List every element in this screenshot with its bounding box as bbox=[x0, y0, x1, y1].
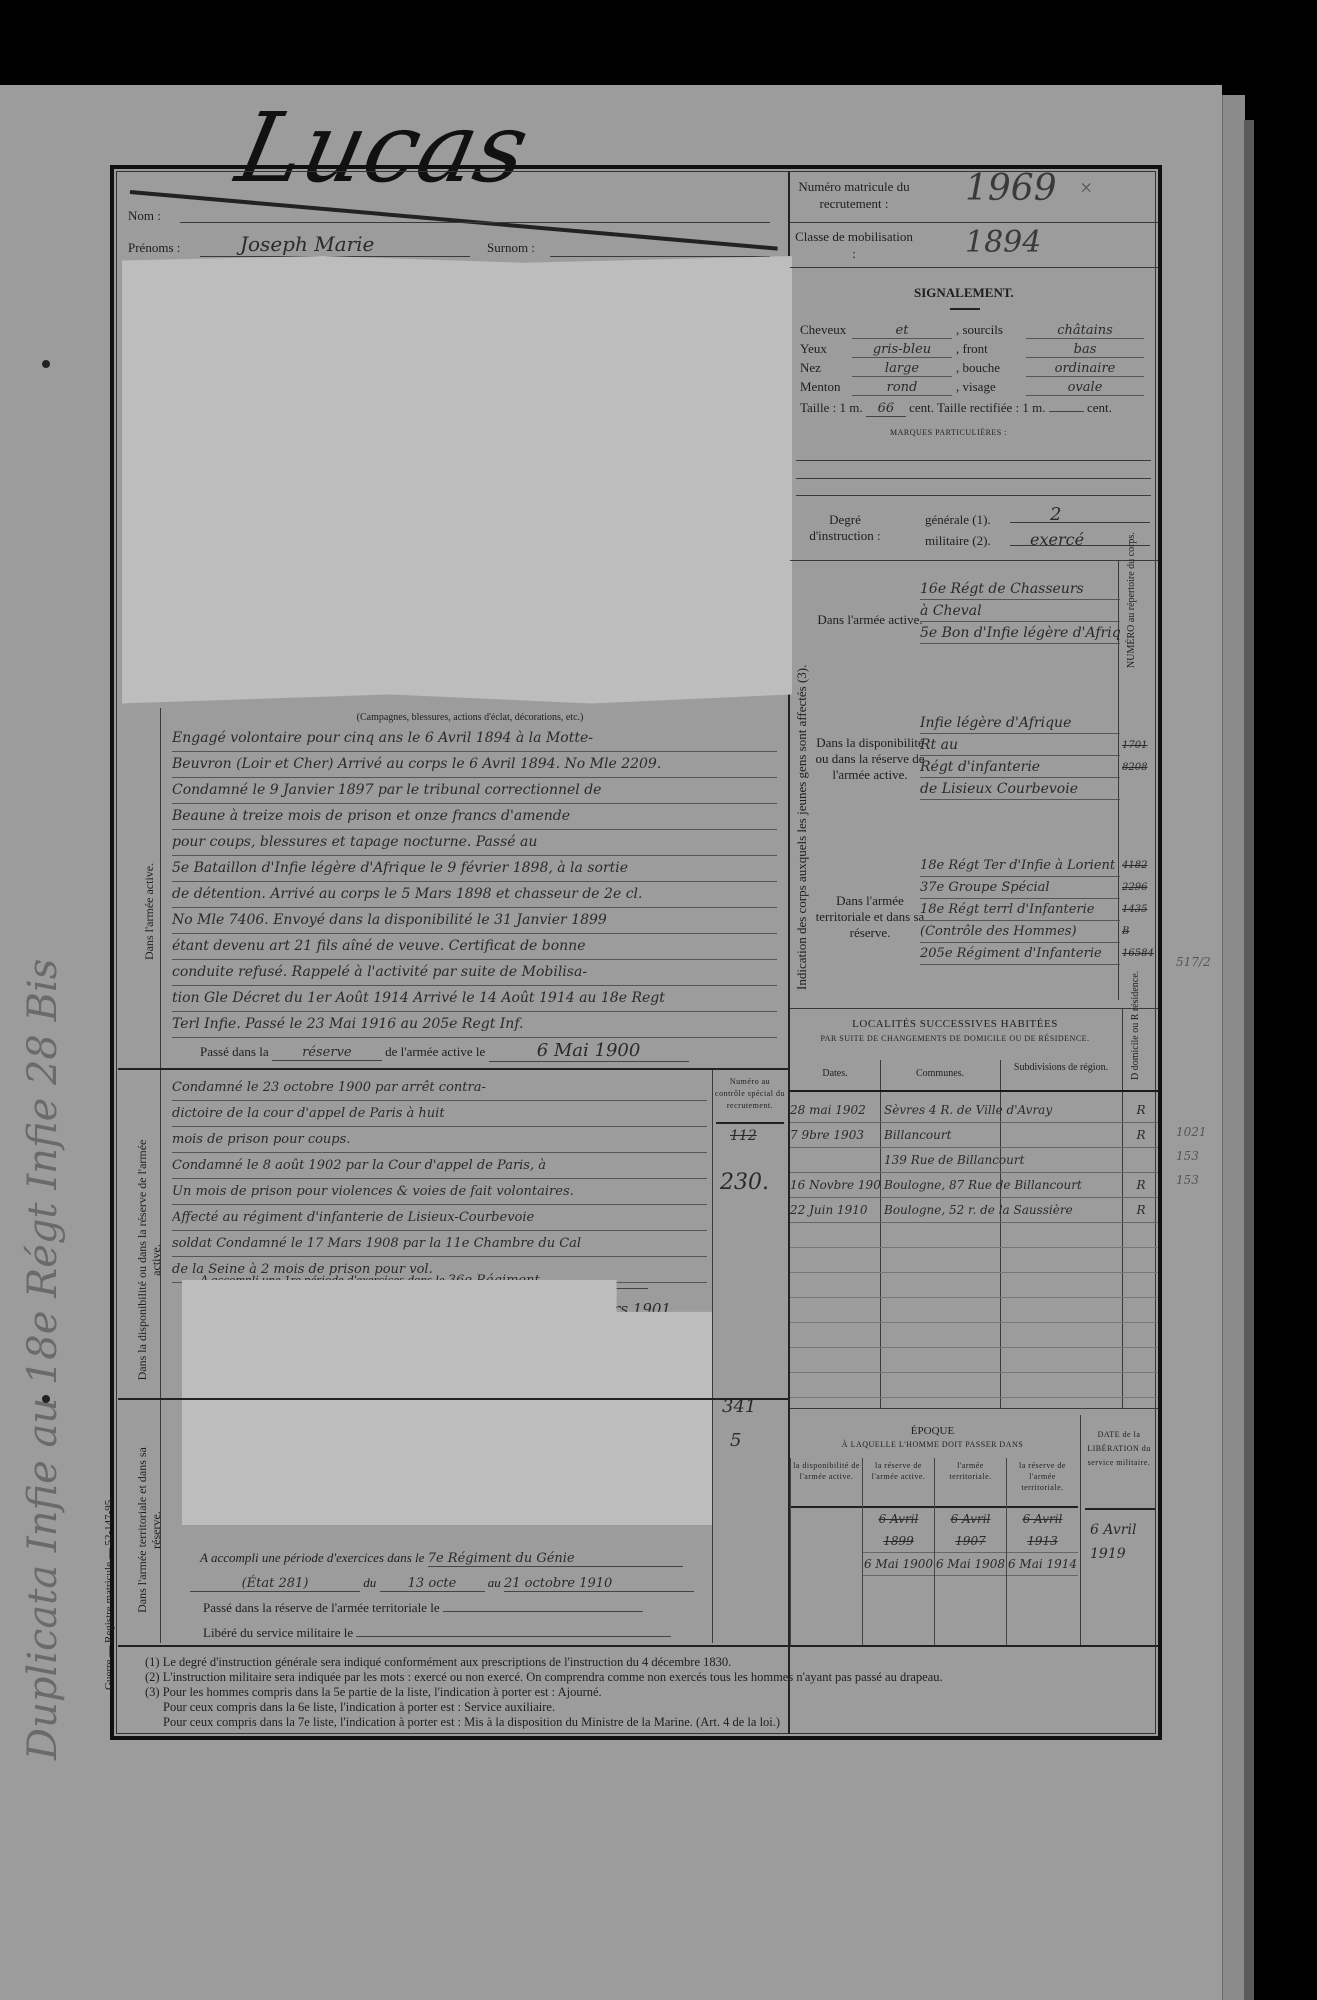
narrative-line: Un mois de prison pour violences & voies… bbox=[172, 1179, 707, 1205]
localites-row-empty bbox=[790, 1373, 1158, 1398]
repertoire-number: 2296 bbox=[1122, 877, 1158, 899]
signalement-field-label: Cheveux bbox=[800, 322, 852, 338]
signalement-row: Cheveuxet, sourcilschâtains bbox=[800, 322, 1150, 341]
narrative-line: Condamné le 9 Janvier 1897 par le tribun… bbox=[172, 778, 777, 804]
epoque-column: la réserve de l'armée territoriale.6 Avr… bbox=[1006, 1458, 1078, 1645]
localites-title: LOCALITÉS SUCCESSIVES HABITÉES bbox=[790, 1018, 1120, 1030]
active-caption: (Campagnes, blessures, actions d'éclat, … bbox=[170, 712, 770, 723]
signalement-field-value[interactable]: ordinaire bbox=[1026, 361, 1144, 377]
binding-hole bbox=[42, 1395, 50, 1403]
margin-number: 153 bbox=[1176, 1168, 1207, 1192]
footnote: Pour ceux compris dans la 6e liste, l'in… bbox=[145, 1700, 1145, 1715]
footnote: (2) L'instruction militaire sera indiqué… bbox=[145, 1670, 1145, 1685]
signalement-field-label: , visage bbox=[952, 379, 1026, 395]
epoque-value[interactable]: 6 Avril 1913 bbox=[1007, 1508, 1078, 1553]
epoque-column: la réserve de l'armée active.6 Avril 189… bbox=[862, 1458, 934, 1645]
prenoms-value[interactable]: Joseph Marie bbox=[240, 232, 374, 256]
signalement-field-value[interactable]: large bbox=[852, 361, 952, 377]
active-service-narrative[interactable]: Engagé volontaire pour cinq ans le 6 Avr… bbox=[172, 726, 777, 1038]
numero-repertoire-header: NUMÉRO au répertoire du corps. bbox=[1126, 568, 1137, 668]
localites-row: 139 Rue de Billancourt bbox=[790, 1148, 1158, 1173]
epoque-value[interactable]: 6 Mai 1900 bbox=[863, 1553, 934, 1576]
repertoire-number: 4182 bbox=[1122, 855, 1158, 877]
narrative-line: 5e Bataillon d'Infie légère d'Afrique le… bbox=[172, 856, 777, 882]
localites-row: 28 mai 1902Sèvres 4 R. de Ville d'AvrayR bbox=[790, 1098, 1158, 1123]
signalement-row: Yeuxgris-bleu, frontbas bbox=[800, 341, 1150, 360]
localite-code[interactable]: R bbox=[1126, 1123, 1156, 1147]
liberation-value[interactable]: 6 Avril 1919 bbox=[1090, 1518, 1150, 1566]
narrative-line: pour coups, blessures et tapage nocturne… bbox=[172, 830, 777, 856]
corps-line: à Cheval bbox=[920, 600, 1120, 622]
narrative-line: Condamné le 23 octobre 1900 par arrêt co… bbox=[172, 1075, 707, 1101]
binding-hole bbox=[42, 360, 50, 368]
localite-date[interactable]: 28 mai 1902 bbox=[790, 1098, 880, 1122]
epoque-value[interactable]: 6 Avril 1907 bbox=[935, 1508, 1006, 1553]
footnote: (3) Pour les hommes compris dans la 5e p… bbox=[145, 1685, 1145, 1700]
localite-commune[interactable]: 139 Rue de Billancourt bbox=[880, 1148, 1126, 1172]
epoque-table: la disponibilité de l'armée active.la ré… bbox=[790, 1458, 1080, 1645]
passe-reserve-date[interactable]: 6 Mai 1900 bbox=[489, 1040, 689, 1062]
corps-line: (Contrôle des Hommes) bbox=[920, 921, 1120, 943]
narrative-line: Beaune à treize mois de prison et onze f… bbox=[172, 804, 777, 830]
narrative-line: mois de prison pour coups. bbox=[172, 1127, 707, 1153]
epoque-column: l'armée territoriale.6 Avril 19076 Mai 1… bbox=[934, 1458, 1006, 1645]
signalement-rows: Cheveuxet, sourcilschâtainsYeuxgris-bleu… bbox=[800, 322, 1150, 398]
localite-date[interactable]: 22 Juin 1910 bbox=[790, 1198, 880, 1222]
matricule-label: Numéro matricule du recrutement : bbox=[794, 178, 914, 212]
liberation-header: DATE de la LIBÉRATION du service militai… bbox=[1080, 1428, 1158, 1470]
dispo-service-narrative[interactable]: Condamné le 23 octobre 1900 par arrêt co… bbox=[172, 1075, 707, 1283]
signalement-title: SIGNALEMENT. bbox=[914, 285, 1014, 301]
corps-line: 5e Bon d'Infie légère d'Afrique bbox=[920, 622, 1120, 644]
redaction-patch-top bbox=[122, 256, 792, 708]
footnote: Pour ceux compris dans la 7e liste, l'in… bbox=[145, 1715, 1145, 1730]
narrative-line: Affecté au régiment d'infanterie de Lisi… bbox=[172, 1205, 707, 1231]
corps-line: 18e Régt Ter d'Infie à Lorient bbox=[920, 855, 1120, 877]
signalement-field-value[interactable]: et bbox=[852, 323, 952, 339]
signalement-field-label: Yeux bbox=[800, 341, 852, 357]
controle-header: Numéro au contrôle spécial du recrutemen… bbox=[714, 1076, 786, 1112]
repertoire-number: 1701 bbox=[1122, 735, 1158, 757]
margin-number: 1021 bbox=[1176, 1120, 1207, 1144]
signalement-field-label: , sourcils bbox=[952, 322, 1026, 338]
narrative-line: Terl Infie. Passé le 23 Mai 1916 au 205e… bbox=[172, 1012, 777, 1038]
narrative-line: tion Gle Décret du 1er Août 1914 Arrivé … bbox=[172, 986, 777, 1012]
signalement-field-label: Menton bbox=[800, 379, 852, 395]
localites-row: 16 Novbre 1905Boulogne, 87 Rue de Billan… bbox=[790, 1173, 1158, 1198]
corps-side-label: Indication des corps auxquels les jeunes… bbox=[794, 665, 810, 990]
signalement-row: Nezlarge, boucheordinaire bbox=[800, 360, 1150, 379]
corps-line: Rt au bbox=[920, 734, 1120, 756]
classe-value[interactable]: 1894 bbox=[965, 225, 1041, 260]
localite-commune[interactable]: Sèvres 4 R. de Ville d'Avray bbox=[880, 1098, 1126, 1122]
narrative-line: étant devenu art 21 fils aîné de veuve. … bbox=[172, 934, 777, 960]
signalement-field-value[interactable]: châtains bbox=[1026, 323, 1144, 339]
taille-value[interactable]: 66 bbox=[866, 401, 906, 417]
signalement-field-value[interactable]: gris-bleu bbox=[852, 342, 952, 358]
narrative-line: de détention. Arrivé au corps le 5 Mars … bbox=[172, 882, 777, 908]
page-edge bbox=[1222, 95, 1245, 2000]
signalement-field-label: , front bbox=[952, 341, 1026, 357]
epoque-column: la disponibilité de l'armée active. bbox=[790, 1458, 862, 1645]
corps-line: de Lisieux Courbevoie bbox=[920, 778, 1120, 800]
corps-line: Infie légère d'Afrique bbox=[920, 712, 1120, 734]
corps-line: 205e Régiment d'Infanterie bbox=[920, 943, 1120, 965]
corps-line: Régt d'infanterie bbox=[920, 756, 1120, 778]
localites-row-empty bbox=[790, 1248, 1158, 1273]
signalement-field-value[interactable]: ovale bbox=[1026, 380, 1144, 396]
margin-number: 153 bbox=[1176, 1144, 1207, 1168]
margin-annotation: Duplicata Infie au 18e Régt Infie 28 Bis bbox=[20, 959, 66, 1760]
corps-active-lines[interactable]: 16e Régt de Chasseursà Cheval5e Bon d'In… bbox=[920, 578, 1120, 644]
localite-commune[interactable]: Boulogne, 52 r. de la Saussière bbox=[880, 1198, 1126, 1222]
localites-row-empty bbox=[790, 1298, 1158, 1323]
localite-date[interactable]: 16 Novbre 1905 bbox=[790, 1173, 880, 1197]
narrative-line: Beuvron (Loir et Cher) Arrivé au corps l… bbox=[172, 752, 777, 778]
localites-row: 22 Juin 1910Boulogne, 52 r. de la Saussi… bbox=[790, 1198, 1158, 1223]
corps-line: 18e Régt terrl d'Infanterie bbox=[920, 899, 1120, 921]
narrative-line: Condamné le 8 août 1902 par la Cour d'ap… bbox=[172, 1153, 707, 1179]
signalement-field-label: Nez bbox=[800, 360, 852, 376]
epoque-header: l'armée territoriale. bbox=[935, 1458, 1006, 1508]
footnotes: (1) Le degré d'instruction générale sera… bbox=[145, 1655, 1145, 1730]
signalement-row: Mentonrond, visageovale bbox=[800, 379, 1150, 398]
localites-row-empty bbox=[790, 1223, 1158, 1248]
localite-code[interactable]: R bbox=[1126, 1198, 1156, 1222]
repertoire-number: 8208 bbox=[1122, 757, 1158, 779]
redaction-patch-bottom bbox=[182, 1280, 712, 1525]
classe-label: Classe de mobilisation : bbox=[794, 228, 914, 262]
page-edge-shadow bbox=[1244, 120, 1254, 2000]
localites-row-empty bbox=[790, 1348, 1158, 1373]
repertoire-number: B bbox=[1122, 921, 1158, 943]
narrative-line: conduite refusé. Rappelé à l'activité pa… bbox=[172, 960, 777, 986]
instruction-militaire-value[interactable]: exercé bbox=[1030, 530, 1084, 549]
controle-value[interactable]: 230. bbox=[720, 1170, 769, 1195]
localites-row-empty bbox=[790, 1273, 1158, 1298]
terr-exercice-value[interactable]: 7e Régiment du Génie bbox=[428, 1551, 683, 1567]
epoque-header: la disponibilité de l'armée active. bbox=[791, 1458, 862, 1508]
narrative-line: No Mle 7406. Envoyé dans la disponibilit… bbox=[172, 908, 777, 934]
repertoire-number: 1435 bbox=[1122, 899, 1158, 921]
corps-terr-lines[interactable]: 18e Régt Ter d'Infie à Lorient37e Groupe… bbox=[920, 855, 1120, 965]
epoque-header: la réserve de l'armée active. bbox=[863, 1458, 934, 1508]
localite-code[interactable]: R bbox=[1126, 1173, 1156, 1197]
localites-row-empty bbox=[790, 1323, 1158, 1348]
repertoire-number: 16584 bbox=[1122, 943, 1158, 965]
epoque-value[interactable]: 6 Mai 1908 bbox=[935, 1553, 1006, 1576]
localite-commune[interactable]: Billancourt bbox=[880, 1123, 1126, 1147]
corps-dispo-lines[interactable]: Infie légère d'AfriqueRt auRégt d'infant… bbox=[920, 712, 1120, 800]
epoque-value[interactable]: 6 Avril 1899 bbox=[863, 1508, 934, 1553]
signalement-field-label: , bouche bbox=[952, 360, 1026, 376]
epoque-value[interactable]: 6 Mai 1914 bbox=[1007, 1553, 1078, 1576]
corps-line: 37e Groupe Spécial bbox=[920, 877, 1120, 899]
printer-imprint: Guerre — Registre matricule — 52-147-95. bbox=[103, 1497, 115, 1690]
passe-reserve-value[interactable]: réserve bbox=[272, 1045, 382, 1061]
signalement-field-value[interactable]: bas bbox=[1026, 342, 1144, 358]
nom-label: Nom : bbox=[128, 208, 161, 224]
epoque-header: la réserve de l'armée territoriale. bbox=[1007, 1458, 1078, 1508]
footnote: (1) Le degré d'instruction générale sera… bbox=[145, 1655, 1145, 1670]
corps-line: 16e Régt de Chasseurs bbox=[920, 578, 1120, 600]
localites-row: 7 9bre 1903BillancourtR bbox=[790, 1123, 1158, 1148]
narrative-line: Engagé volontaire pour cinq ans le 6 Avr… bbox=[172, 726, 777, 752]
localite-commune[interactable]: Boulogne, 87 Rue de Billancourt bbox=[880, 1173, 1126, 1197]
narrative-line: soldat Condamné le 17 Mars 1908 par la 1… bbox=[172, 1231, 707, 1257]
localite-code[interactable] bbox=[1126, 1148, 1156, 1172]
prenoms-label: Prénoms : bbox=[128, 240, 180, 256]
localites-table: 28 mai 1902Sèvres 4 R. de Ville d'AvrayR… bbox=[790, 1098, 1158, 1398]
localite-date[interactable] bbox=[790, 1148, 880, 1172]
localite-date[interactable]: 7 9bre 1903 bbox=[790, 1123, 880, 1147]
surnom-label: Surnom : bbox=[487, 240, 535, 256]
epoque-title: ÉPOQUE bbox=[790, 1425, 1075, 1437]
signalement-field-value[interactable]: rond bbox=[852, 380, 952, 396]
narrative-line: dictoire de la cour d'appel de Paris à h… bbox=[172, 1101, 707, 1127]
instruction-label: Degré d'instruction : bbox=[800, 512, 890, 544]
matricule-value[interactable]: 1969 bbox=[965, 168, 1057, 209]
localite-code[interactable]: R bbox=[1126, 1098, 1156, 1122]
marques-title: MARQUES PARTICULIÈRES : bbox=[890, 428, 1007, 437]
